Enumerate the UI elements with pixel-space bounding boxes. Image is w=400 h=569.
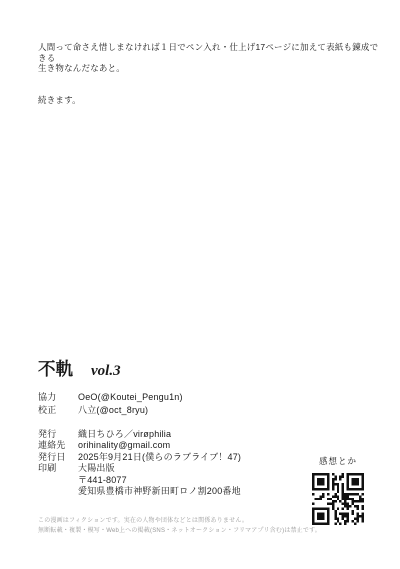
credit-value: 八立(@oct_8ryu) <box>78 404 148 417</box>
publication-row: 印刷 大陽出版 <box>38 463 241 474</box>
qr-caption: 感想とか <box>308 455 368 467</box>
book-title-volume: vol.3 <box>91 363 121 379</box>
credit-row: 協力 OeO(@Koutei_Pengu1n) <box>38 391 183 404</box>
fine-print-line-1: この漫画はフィクションです。実在の人物や団体などとは関係ありません。 <box>38 516 321 526</box>
afterword-text: 人間って命さえ惜しまなければ１日でペン入れ・仕上げ17ページに加えて表紙も錬成で… <box>38 42 383 105</box>
book-title-main: 不軌 <box>38 359 73 379</box>
printer-postal-code: 〒441-8077 <box>78 475 241 486</box>
printer-address: 愛知県豊橋市神野新田町ロノ割200番地 <box>78 486 241 497</box>
credit-label: 協力 <box>38 391 78 404</box>
publication-value: 織日ちひろ／virøphilia <box>78 429 171 440</box>
publication-value: 2025年9月21日(僕らのラブライブ！47) <box>78 452 241 463</box>
credit-value: OeO(@Koutei_Pengu1n) <box>78 391 183 404</box>
publication-label: 発行日 <box>38 452 78 463</box>
publication-row: 発行日 2025年9月21日(僕らのラブライブ！47) <box>38 452 241 463</box>
publication-label: 発行 <box>38 429 78 440</box>
fine-print-line-2: 無断転載・複製・模写・Web上への掲載(SNS・ネットオークション・フリマアプリ… <box>38 526 321 536</box>
publication-block: 発行 織日ちひろ／virøphilia 連絡先 orihinality@gmai… <box>38 429 241 497</box>
publication-label: 連絡先 <box>38 440 78 451</box>
printer-name: 大陽出版 <box>78 463 115 474</box>
credit-row: 校正 八立(@oct_8ryu) <box>38 404 183 417</box>
afterword-line-1: 人間って命さえ惜しまなければ１日でペン入れ・仕上げ17ページに加えて表紙も錬成で… <box>38 42 383 63</box>
publication-row: 発行 織日ちひろ／virøphilia <box>38 429 241 440</box>
credits-block: 協力 OeO(@Koutei_Pengu1n) 校正 八立(@oct_8ryu) <box>38 391 183 416</box>
contact-email: orihinality@gmail.com <box>78 440 170 451</box>
legal-fine-print: この漫画はフィクションです。実在の人物や団体などとは関係ありません。 無断転載・… <box>38 516 321 536</box>
publication-row: 連絡先 orihinality@gmail.com <box>38 440 241 451</box>
book-title: 不軌vol.3 <box>38 358 121 382</box>
afterword-line-3: 続きます。 <box>38 95 383 106</box>
credit-label: 校正 <box>38 404 78 417</box>
feedback-qr-section: 感想とか <box>308 455 368 525</box>
publication-label: 印刷 <box>38 463 78 474</box>
afterword-line-2: 生き物なんだなあと。 <box>38 63 383 74</box>
colophon-page: 人間って命さえ惜しまなければ１日でペン入れ・仕上げ17ページに加えて表紙も錬成で… <box>0 0 400 569</box>
